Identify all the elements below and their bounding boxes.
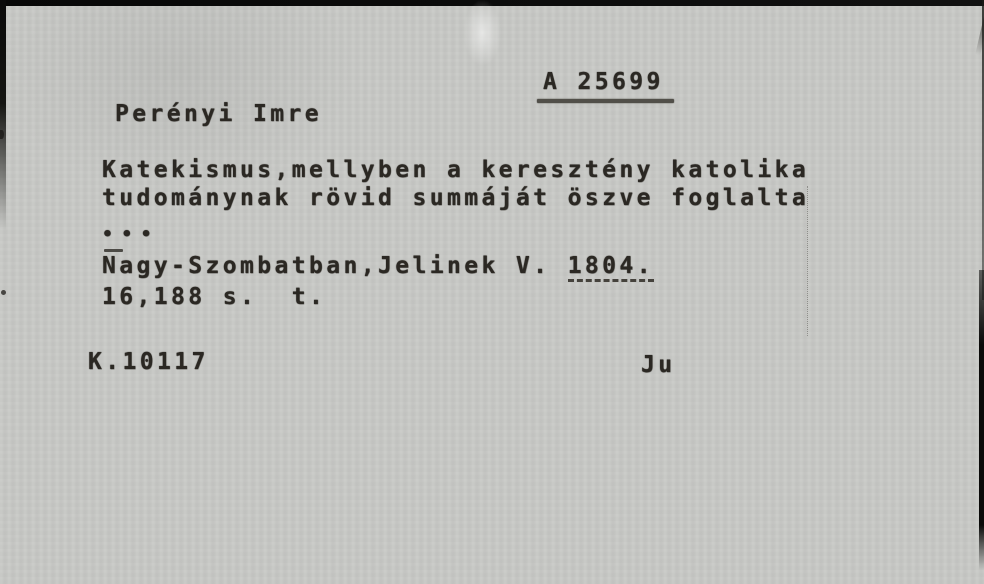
catalog-card-scan: A 25699 Perényi Imre Katekismus,mellyben… bbox=[0, 0, 984, 584]
author-heading: Perényi Imre bbox=[115, 101, 322, 127]
imprint-year-period: . bbox=[637, 253, 654, 279]
imprint-line: Nagy-Szombatban,Jelinek V. 1804. bbox=[102, 253, 654, 282]
faint-pencil-line bbox=[807, 186, 808, 336]
cataloguer-initials: Ju bbox=[641, 352, 676, 378]
edge-speck bbox=[0, 130, 4, 139]
ellipsis-dots: ••• bbox=[102, 226, 160, 244]
inventory-number: K.10117 bbox=[88, 349, 209, 375]
imprint-year-underlined: 1804. bbox=[568, 255, 654, 282]
stray-ink-dash bbox=[104, 249, 123, 252]
imprint-place-publisher: Nagy-Szombatban,Jelinek V. bbox=[102, 253, 568, 279]
edge-speck bbox=[1, 290, 6, 295]
card-content: A 25699 Perényi Imre Katekismus,mellyben… bbox=[0, 0, 984, 584]
collation-line: 16,188 s. t. bbox=[102, 284, 326, 310]
title-line-1: Katekismus,mellyben a keresztény katolik… bbox=[102, 157, 809, 183]
imprint-year: 1804 bbox=[568, 253, 637, 279]
call-number-underline bbox=[537, 99, 674, 103]
call-number: A 25699 bbox=[543, 69, 664, 95]
title-line-2: tudománynak rövid summáját öszve foglalt… bbox=[102, 185, 809, 211]
